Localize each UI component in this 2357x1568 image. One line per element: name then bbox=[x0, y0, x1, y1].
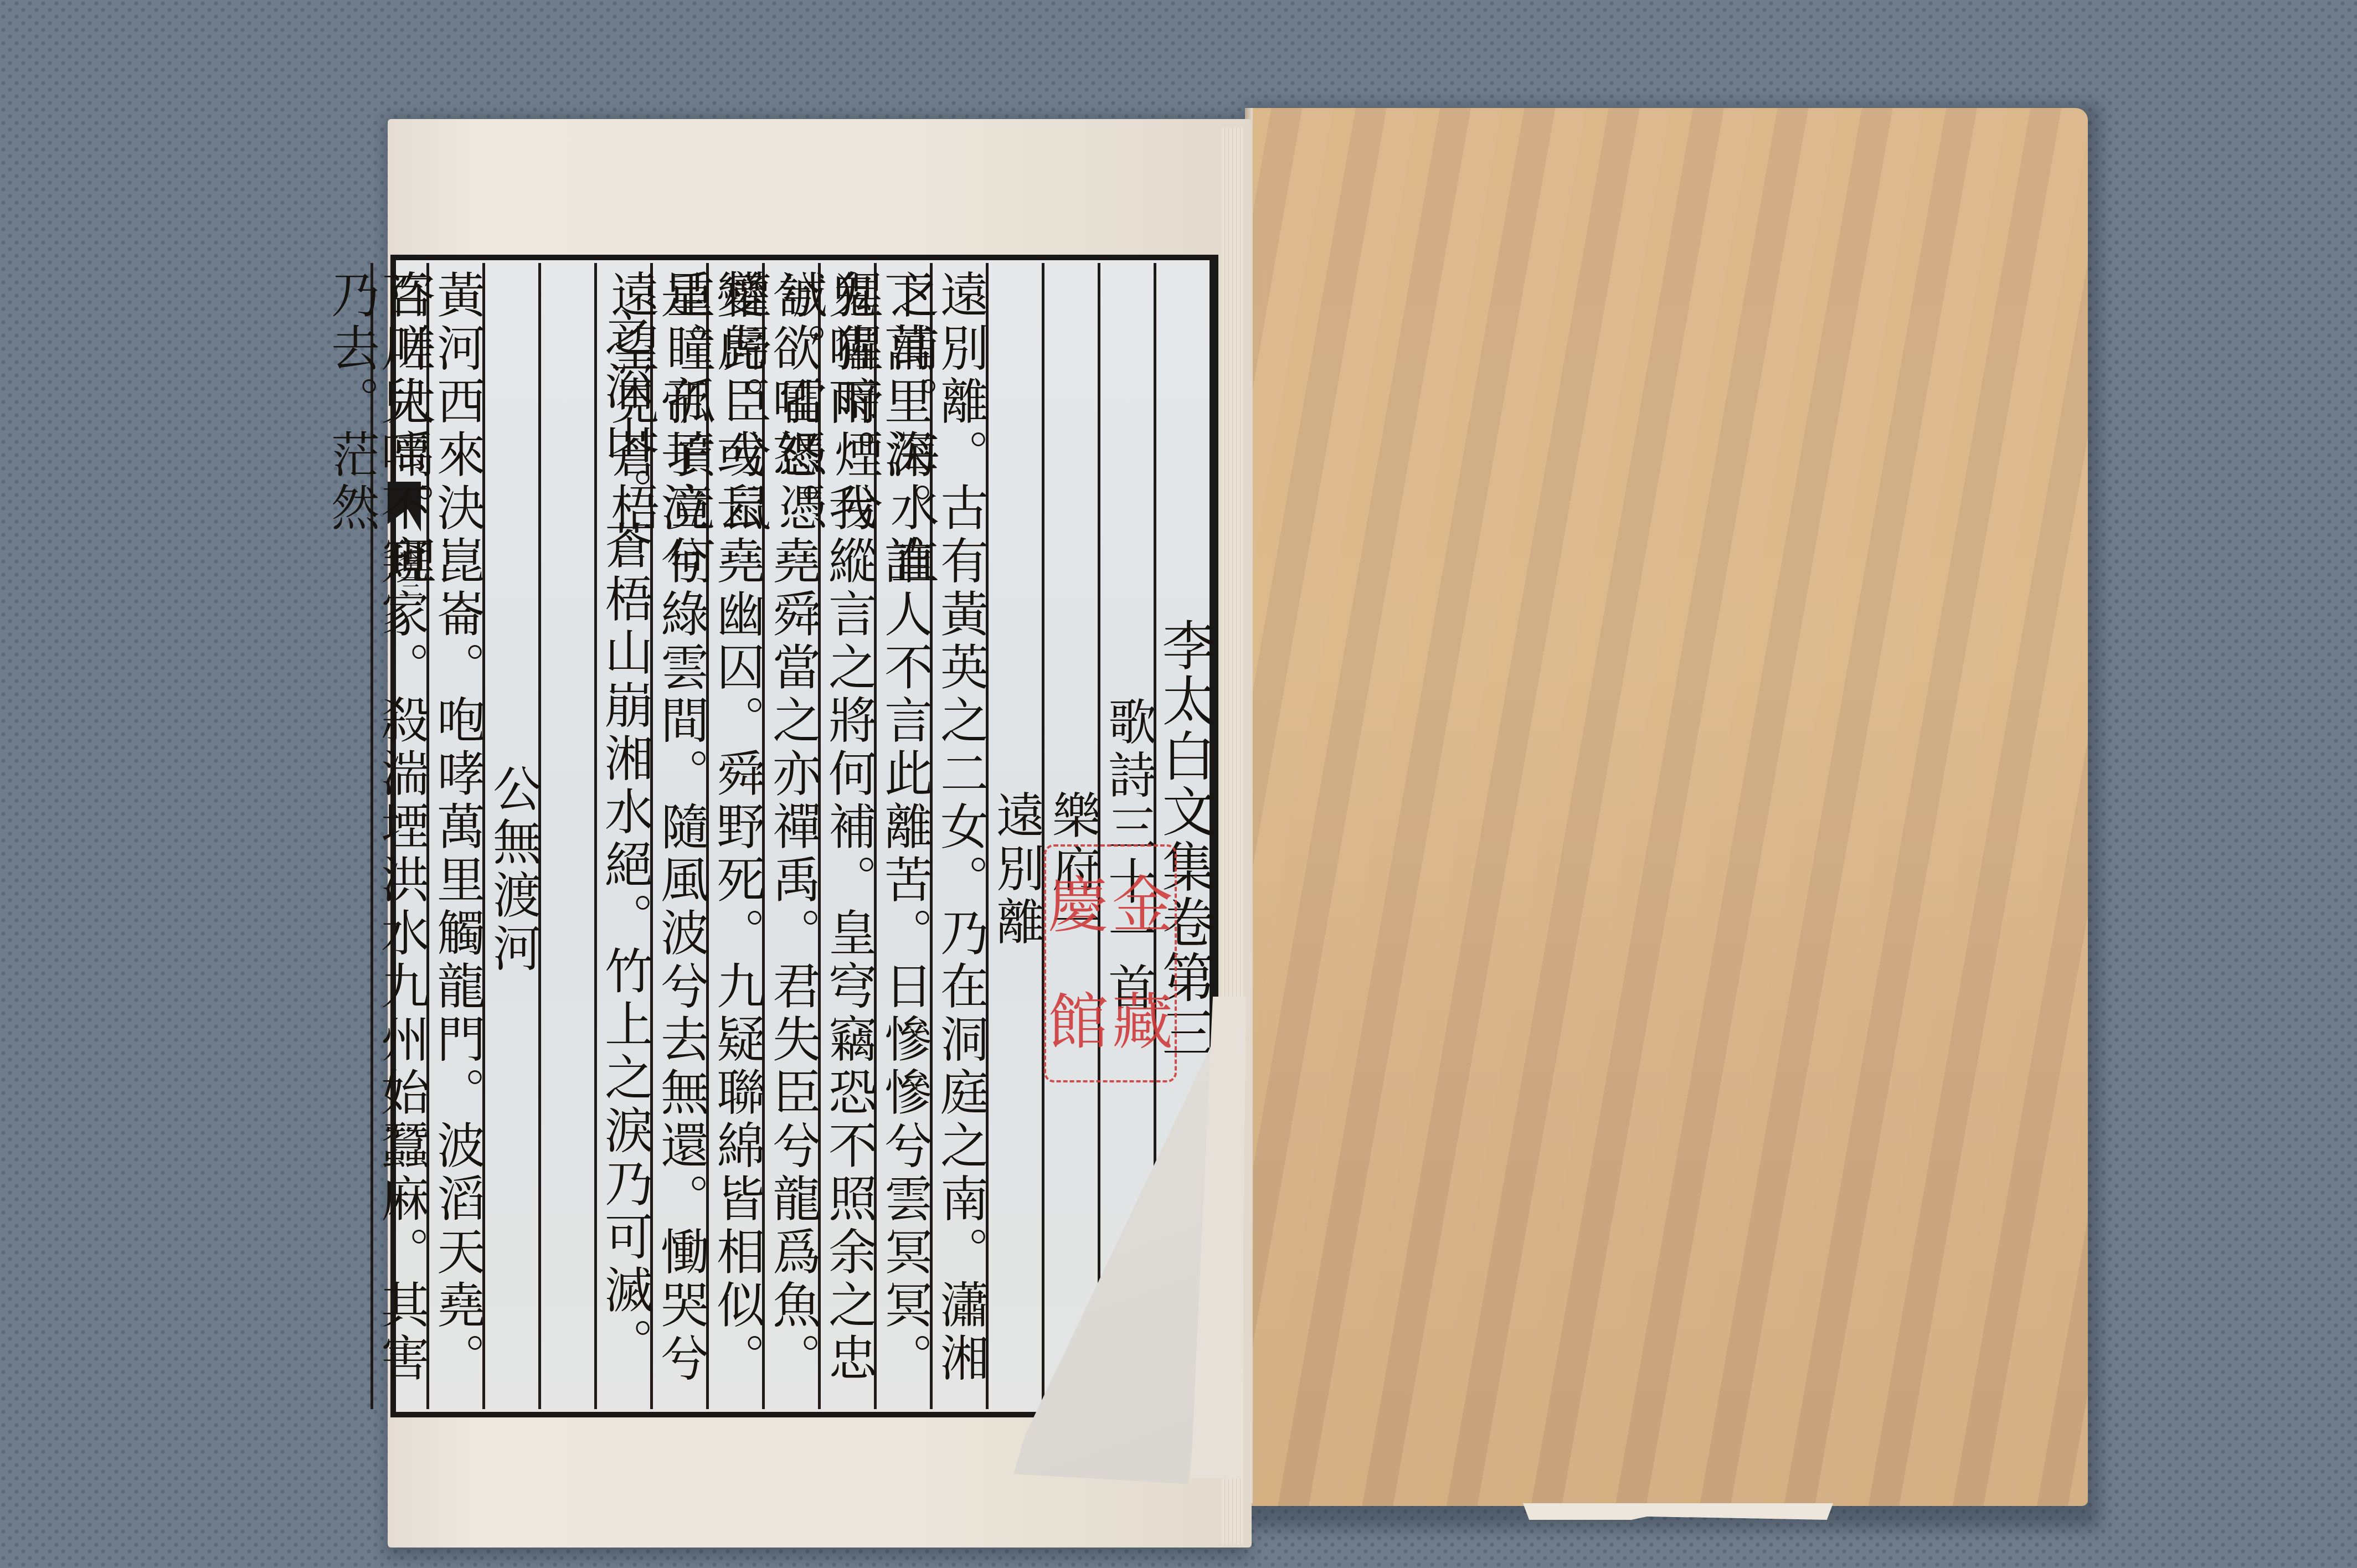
text-column-c3: 鬼嘯雨。我縱言之將何補。皇穹竊恐不照余之忠誠。雷憑憑 bbox=[818, 263, 874, 1409]
text-column-poem2_title: 公無渡河 bbox=[482, 263, 538, 1409]
text-column-c8: 黃河西來決崑崙。咆哮萬里觸龍門。波滔天堯。咨嗟大禹。理 bbox=[426, 263, 482, 1409]
seal-char: 金 bbox=[1110, 847, 1175, 963]
column-text: 黃河西來決崑崙。咆哮萬里觸龍門。波滔天堯。咨嗟大禹。理 bbox=[429, 270, 482, 1409]
column-text: 遠別離。古有黃英之二女。乃在洞庭之南。瀟湘之浦。海水直 bbox=[933, 270, 986, 1409]
column-text: 之深山。蒼梧山崩湘水絕。竹上之淚乃可滅。 bbox=[597, 308, 650, 1371]
column-text: 下萬里深。誰人不言此離苦。日慘慘兮雲冥冥。猩猩啼煙兮 bbox=[877, 270, 930, 1409]
text-column-c9: 百川兒啼不窺家。殺湍堙洪水九州始蠶麻。其害乃去。茫然 bbox=[370, 263, 426, 1409]
text-column-c5: 變虎。或云堯幽囚。舜野死。九疑聯綿皆相似。重瞳孤墳竟何 bbox=[706, 263, 762, 1409]
text-column-c4: 兮欲吼怒。堯舜當之亦禪禹。君失臣兮龍爲魚。權歸臣兮鼠 bbox=[762, 263, 818, 1409]
text-column-c6: 是。帝子泣兮綠雲間。隨風波兮去無還。慟哭兮遠望見蒼梧 bbox=[650, 263, 706, 1409]
text-column-c1: 遠別離。古有黃英之二女。乃在洞庭之南。瀟湘之浦。海水直 bbox=[930, 263, 986, 1409]
seal-char: 藏 bbox=[1110, 963, 1175, 1080]
column-text: 是。帝子泣兮綠雲間。隨風波兮去無還。慟哭兮遠望見蒼梧 bbox=[653, 270, 706, 1409]
seal-char: 慶 bbox=[1046, 847, 1110, 963]
column-text: 遠別離 bbox=[989, 729, 1042, 950]
seal-char: 館 bbox=[1046, 963, 1110, 1080]
text-column-c7: 之深山。蒼梧山崩湘水絕。竹上之淚乃可滅。 bbox=[594, 263, 650, 1409]
column-text: 鬼嘯雨。我縱言之將何補。皇穹竊恐不照余之忠誠。雷憑憑 bbox=[821, 270, 874, 1409]
text-column-poem1_title: 遠別離 bbox=[986, 263, 1042, 1409]
collector-seal: 慶 金 館 藏 bbox=[1044, 844, 1177, 1082]
column-text: 兮欲吼怒。堯舜當之亦禪禹。君失臣兮龍爲魚。權歸臣兮鼠 bbox=[765, 270, 818, 1409]
text-column-section: 樂府一 bbox=[1042, 263, 1098, 1409]
text-column-blank bbox=[538, 263, 594, 1409]
column-text: 變虎。或云堯幽囚。舜野死。九疑聯綿皆相似。重瞳孤墳竟何 bbox=[709, 270, 762, 1409]
column-text: 公無渡河 bbox=[485, 703, 538, 976]
column-text: 百川兒啼不窺家。殺湍堙洪水九州始蠶麻。其害乃去。茫然 bbox=[373, 270, 426, 1409]
right-blank-cover bbox=[1249, 108, 2088, 1506]
text-column-c2: 下萬里深。誰人不言此離苦。日慘慘兮雲冥冥。猩猩啼煙兮 bbox=[874, 263, 930, 1409]
